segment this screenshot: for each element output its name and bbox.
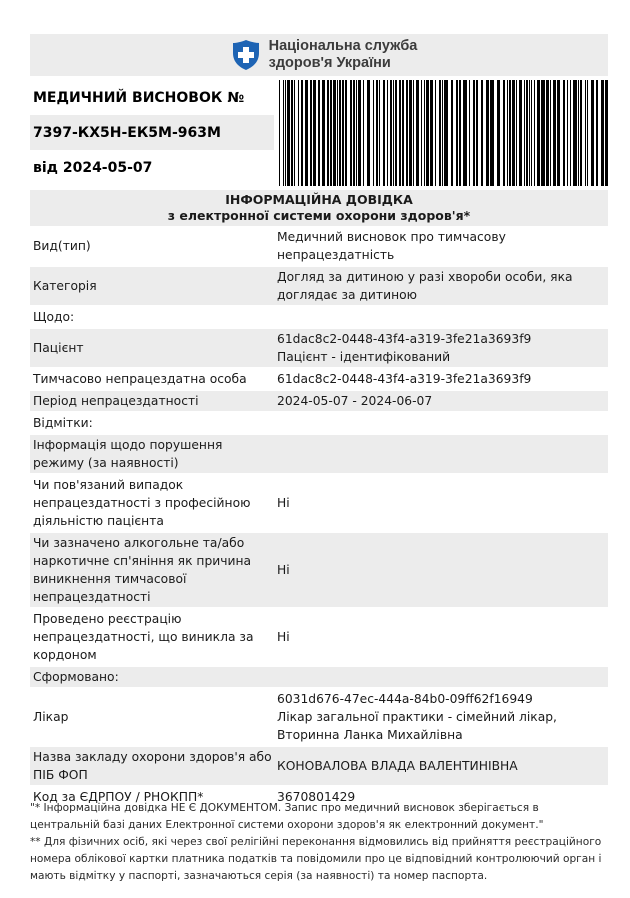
row-value: Медичний висновок про тимчасовунепрацезд…: [274, 227, 608, 265]
table-row: Вид(тип)Медичний висновок про тимчасовун…: [30, 227, 608, 265]
barcode-icon: [277, 80, 608, 186]
row-label: Категорія: [30, 267, 274, 305]
row-value-line: КОНОВАЛОВА ВЛАДА ВАЛЕНТИНІВНА: [277, 757, 606, 775]
table-row: Пацієнт61dac8c2-0448-43f4-a319-3fe21a369…: [30, 329, 608, 367]
table-row: Чи пов'язаний випадок непрацездатності з…: [30, 475, 608, 531]
conclusion-header: МЕДИЧНИЙ ВИСНОВОК № 7397-КХ5Н-ЕК5М-963М …: [30, 80, 608, 186]
row-label: Назва закладу охорони здоров'я або ПІБ Ф…: [30, 747, 274, 785]
row-label: Лікар: [30, 689, 274, 745]
row-label: Чи зазначено алкогольне та/або наркотичн…: [30, 533, 274, 607]
row-value-line: 61dac8c2-0448-43f4-a319-3fe21a3693f9: [277, 370, 606, 388]
row-label: Інформація щодо порушення режиму (за ная…: [30, 435, 274, 473]
row-value: 61dac8c2-0448-43f4-a319-3fe21a3693f9Паці…: [274, 329, 608, 367]
row-value: [274, 667, 608, 687]
row-label: Проведено реєстрацію непрацездатності, щ…: [30, 609, 274, 665]
footnote-2: ** Для фізичних осіб, які через свої рел…: [30, 834, 608, 885]
footnotes: "* Інформаційна довідка НЕ Є ДОКУМЕНТОМ.…: [30, 800, 608, 885]
row-label: Чи пов'язаний випадок непрацездатності з…: [30, 475, 274, 531]
row-value: КОНОВАЛОВА ВЛАДА ВАЛЕНТИНІВНА: [274, 747, 608, 785]
row-value: 2024-05-07 - 2024-06-07: [274, 391, 608, 411]
table-row: КатегоріяДогляд за дитиною у разі хвороб…: [30, 267, 608, 305]
row-value-line: Пацієнт - ідентифікований: [277, 348, 606, 366]
table-row: Проведено реєстрацію непрацездатності, щ…: [30, 609, 608, 665]
row-value: Ні: [274, 533, 608, 607]
table-row: Чи зазначено алкогольне та/або наркотичн…: [30, 533, 608, 607]
table-row: Інформація щодо порушення режиму (за ная…: [30, 435, 608, 473]
row-value: 61dac8c2-0448-43f4-a319-3fe21a3693f9: [274, 369, 608, 389]
row-label: Відмітки:: [30, 413, 274, 433]
conclusion-number: 7397-КХ5Н-ЕК5М-963М: [30, 115, 274, 150]
row-value: Ні: [274, 475, 608, 531]
section-title: ІНФОРМАЦІЙНА ДОВІДКА з електронної систе…: [30, 190, 608, 226]
row-label: Щодо:: [30, 307, 274, 327]
table-row: Щодо:: [30, 307, 608, 327]
table-row: Період непрацездатності2024-05-07 - 2024…: [30, 391, 608, 411]
footnote-1: "* Інформаційна довідка НЕ Є ДОКУМЕНТОМ.…: [30, 800, 608, 834]
row-value-line: Вторинна Ланка Михайлівна: [277, 726, 606, 744]
row-value-line: Догляд за дитиною у разі хвороби особи, …: [277, 268, 606, 286]
table-row: Тимчасово непрацездатна особа61dac8c2-04…: [30, 369, 608, 389]
table-row: Назва закладу охорони здоров'я або ПІБ Ф…: [30, 747, 608, 785]
section-title-line2: з електронної системи охорони здоров'я*: [30, 208, 608, 224]
row-value-line: Лікар загальної практики - сімейний ліка…: [277, 708, 606, 726]
row-label: Період непрацездатності: [30, 391, 274, 411]
row-value: [274, 307, 608, 327]
row-value-line: 61dac8c2-0448-43f4-a319-3fe21a3693f9: [277, 330, 606, 348]
row-label: Тимчасово непрацездатна особа: [30, 369, 274, 389]
row-value-line: доглядає за дитиною: [277, 286, 606, 304]
org-name-line2: здоров'я України: [269, 55, 418, 72]
conclusion-title: МЕДИЧНИЙ ВИСНОВОК №: [30, 80, 274, 115]
shield-cross-icon: [231, 39, 261, 71]
row-value-line: Ні: [277, 494, 606, 512]
document-page: Національна служба здоров'я України МЕДИ…: [30, 34, 608, 809]
row-value-line: 2024-05-07 - 2024-06-07: [277, 392, 606, 410]
row-value-line: Ні: [277, 628, 606, 646]
row-value: [274, 413, 608, 433]
conclusion-date: від 2024-05-07: [30, 150, 274, 185]
row-value: [274, 435, 608, 473]
row-value: Догляд за дитиною у разі хвороби особи, …: [274, 267, 608, 305]
table-row: Лікар6031d676-47ec-444a-84b0-09ff62f1694…: [30, 689, 608, 745]
table-row: Сформовано:: [30, 667, 608, 687]
nszu-logo: Національна служба здоров'я України: [231, 38, 418, 72]
row-label: Вид(тип): [30, 227, 274, 265]
row-value-line: Ні: [277, 561, 606, 579]
section-title-line1: ІНФОРМАЦІЙНА ДОВІДКА: [30, 192, 608, 208]
table-row: Відмітки:: [30, 413, 608, 433]
row-value: Ні: [274, 609, 608, 665]
row-value-line: непрацездатність: [277, 246, 606, 264]
info-table: Вид(тип)Медичний висновок про тимчасовун…: [30, 225, 608, 809]
row-value-line: 6031d676-47ec-444a-84b0-09ff62f16949: [277, 690, 606, 708]
org-name-line1: Національна служба: [269, 38, 418, 55]
row-label: Пацієнт: [30, 329, 274, 367]
row-label: Сформовано:: [30, 667, 274, 687]
row-value-line: Медичний висновок про тимчасову: [277, 228, 606, 246]
nszu-header: Національна служба здоров'я України: [30, 34, 608, 76]
row-value: 6031d676-47ec-444a-84b0-09ff62f16949Ліка…: [274, 689, 608, 745]
